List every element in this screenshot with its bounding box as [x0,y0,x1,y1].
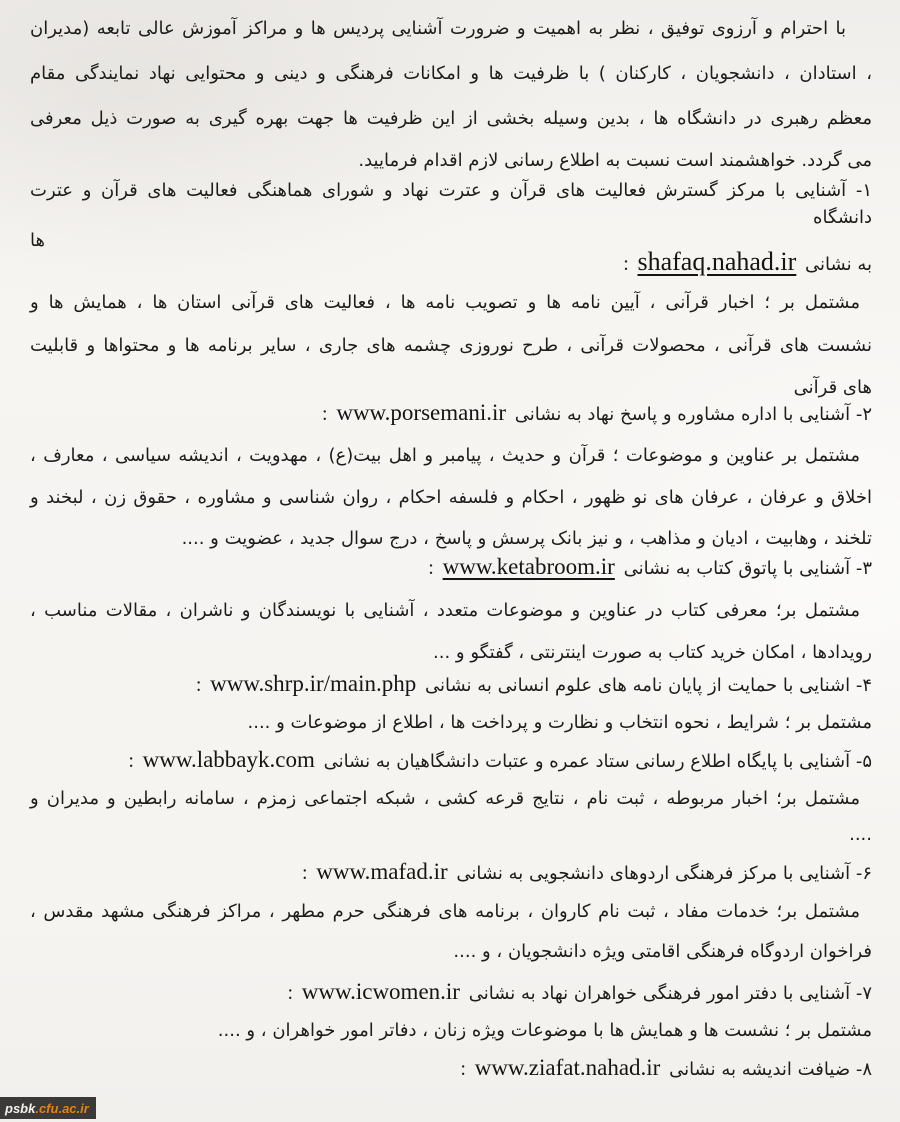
item4-body-line-1: مشتمل بر ؛ شرایط ، نحوه انتخاب و نظارت و… [30,708,872,738]
item1-address-line: به نشانی shafaq.nahad.ir : [30,247,872,280]
address-colon: : [623,253,629,275]
address-colon: : [460,1058,466,1080]
address-colon: : [322,403,328,425]
item7-url-link: www.icwomen.ir [299,979,463,1004]
address-label: به نشانی [805,254,872,275]
item5-url-link: www.labbayk.com [140,747,318,772]
intro-line-2: ، استادان ، دانشجویان ، کارکنان ) با ظرف… [30,59,872,89]
item6-heading-line: ۶- آشنایی با مرکز فرهنگی اردوهای دانشجوی… [30,857,872,889]
watermark-badge: psbk.cfu.ac.ir [0,1097,96,1119]
item8-heading-text: ۸- ضیافت اندیشه به نشانی [669,1059,872,1080]
item2-url-link: www.porsemani.ir [333,400,509,425]
item6-body-line-1: مشتمل بر؛ خدمات مفاد ، ثبت نام کاروان ، … [30,897,872,927]
intro-line-4: می گردد. خواهشمند است نسبت به اطلاع رسان… [30,146,872,176]
item7-heading-line: ۷- آشنایی با دفتر امور فرهنگی خواهران نه… [30,977,872,1009]
intro-line-3: معظم رهبری در دانشگاه ها ، بدین وسیله بخ… [30,104,872,134]
address-colon: : [302,862,308,884]
item7-body-line-1: مشتمل بر ؛ نشست ها و همایش ها با موضوعات… [30,1016,872,1046]
address-colon: : [428,557,434,579]
item8-url-link: www.ziafat.nahad.ir [472,1055,664,1080]
item8-heading-line: ۸- ضیافت اندیشه به نشانی www.ziafat.naha… [30,1053,872,1085]
item3-body-line-2: رویدادها ، امکان خرید کتاب به صورت اینتر… [30,638,872,668]
item3-heading-line: ۳- آشنایی با پاتوق کتاب به نشانی www.ket… [30,552,872,584]
item2-body-line-1: مشتمل بر عناوین و موضوعات ؛ قرآن و حدیث … [30,441,872,471]
item2-body-line-3: تلخند ، وهابیت ، ادیان و مذاهب ، و نیز ب… [30,524,872,554]
item5-body-line-1: مشتمل بر؛ اخبار مربوطه ، ثبت نام ، نتایج… [30,784,872,814]
item1-body-line-1: مشتمل بر ؛ اخبار قرآنی ، آیین نامه ها و … [30,288,872,318]
item5-heading-line: ۵- آشنایی با پایگاه اطلاع رسانی ستاد عمر… [30,745,872,777]
item4-heading-text: ۴- اشنایی با حمایت از پایان نامه های علو… [425,675,872,696]
item5-body-line-2: .... [30,820,872,850]
item2-body-line-2: اخلاق و عرفان ، عرفان های نو ظهور ، احکا… [30,483,872,513]
item4-heading-line: ۴- اشنایی با حمایت از پایان نامه های علو… [30,669,872,701]
item2-heading-line: ۲- آشنایی با اداره مشاوره و پاسخ نهاد به… [30,398,872,430]
item6-heading-text: ۶- آشنایی با مرکز فرهنگی اردوهای دانشجوی… [456,863,872,884]
watermark-site-name: psbk [5,1101,35,1116]
item6-body-line-2: فراخوان اردوگاه فرهنگی اقامتی ویژه دانشج… [30,937,872,967]
scanned-letter-page: با احترام و آرزوی توفیق ، نظر به اهمیت و… [0,0,900,1122]
intro-line-1: با احترام و آرزوی توفیق ، نظر به اهمیت و… [30,14,872,44]
item7-heading-text: ۷- آشنایی با دفتر امور فرهنگی خواهران نه… [469,983,872,1004]
item1-body-line-2: نشست های قرآنی ، محصولات قرآنی ، طرح نور… [30,331,872,361]
item3-url-link: www.ketabroom.ir [440,554,618,579]
item1-heading-line-1: ۱- آشنایی با مرکز گسترش فعالیت های قرآن … [30,176,872,206]
item5-heading-text: ۵- آشنایی با پایگاه اطلاع رسانی ستاد عمر… [324,751,872,772]
item2-heading-text: ۲- آشنایی با اداره مشاوره و پاسخ نهاد به… [515,404,872,425]
item4-url-link: www.shrp.ir/main.php [207,671,419,696]
item3-heading-text: ۳- آشنایی با پاتوق کتاب به نشانی [618,558,872,579]
item6-url-link: www.mafad.ir [313,859,450,884]
address-colon: : [128,750,134,772]
address-colon: : [196,674,202,696]
address-colon: : [287,982,293,1004]
item1-url-link: shafaq.nahad.ir [634,247,799,276]
item3-body-line-1: مشتمل بر؛ معرفی کتاب در عناوین و موضوعات… [30,596,872,626]
watermark-site-domain: .cfu.ac.ir [35,1101,88,1116]
